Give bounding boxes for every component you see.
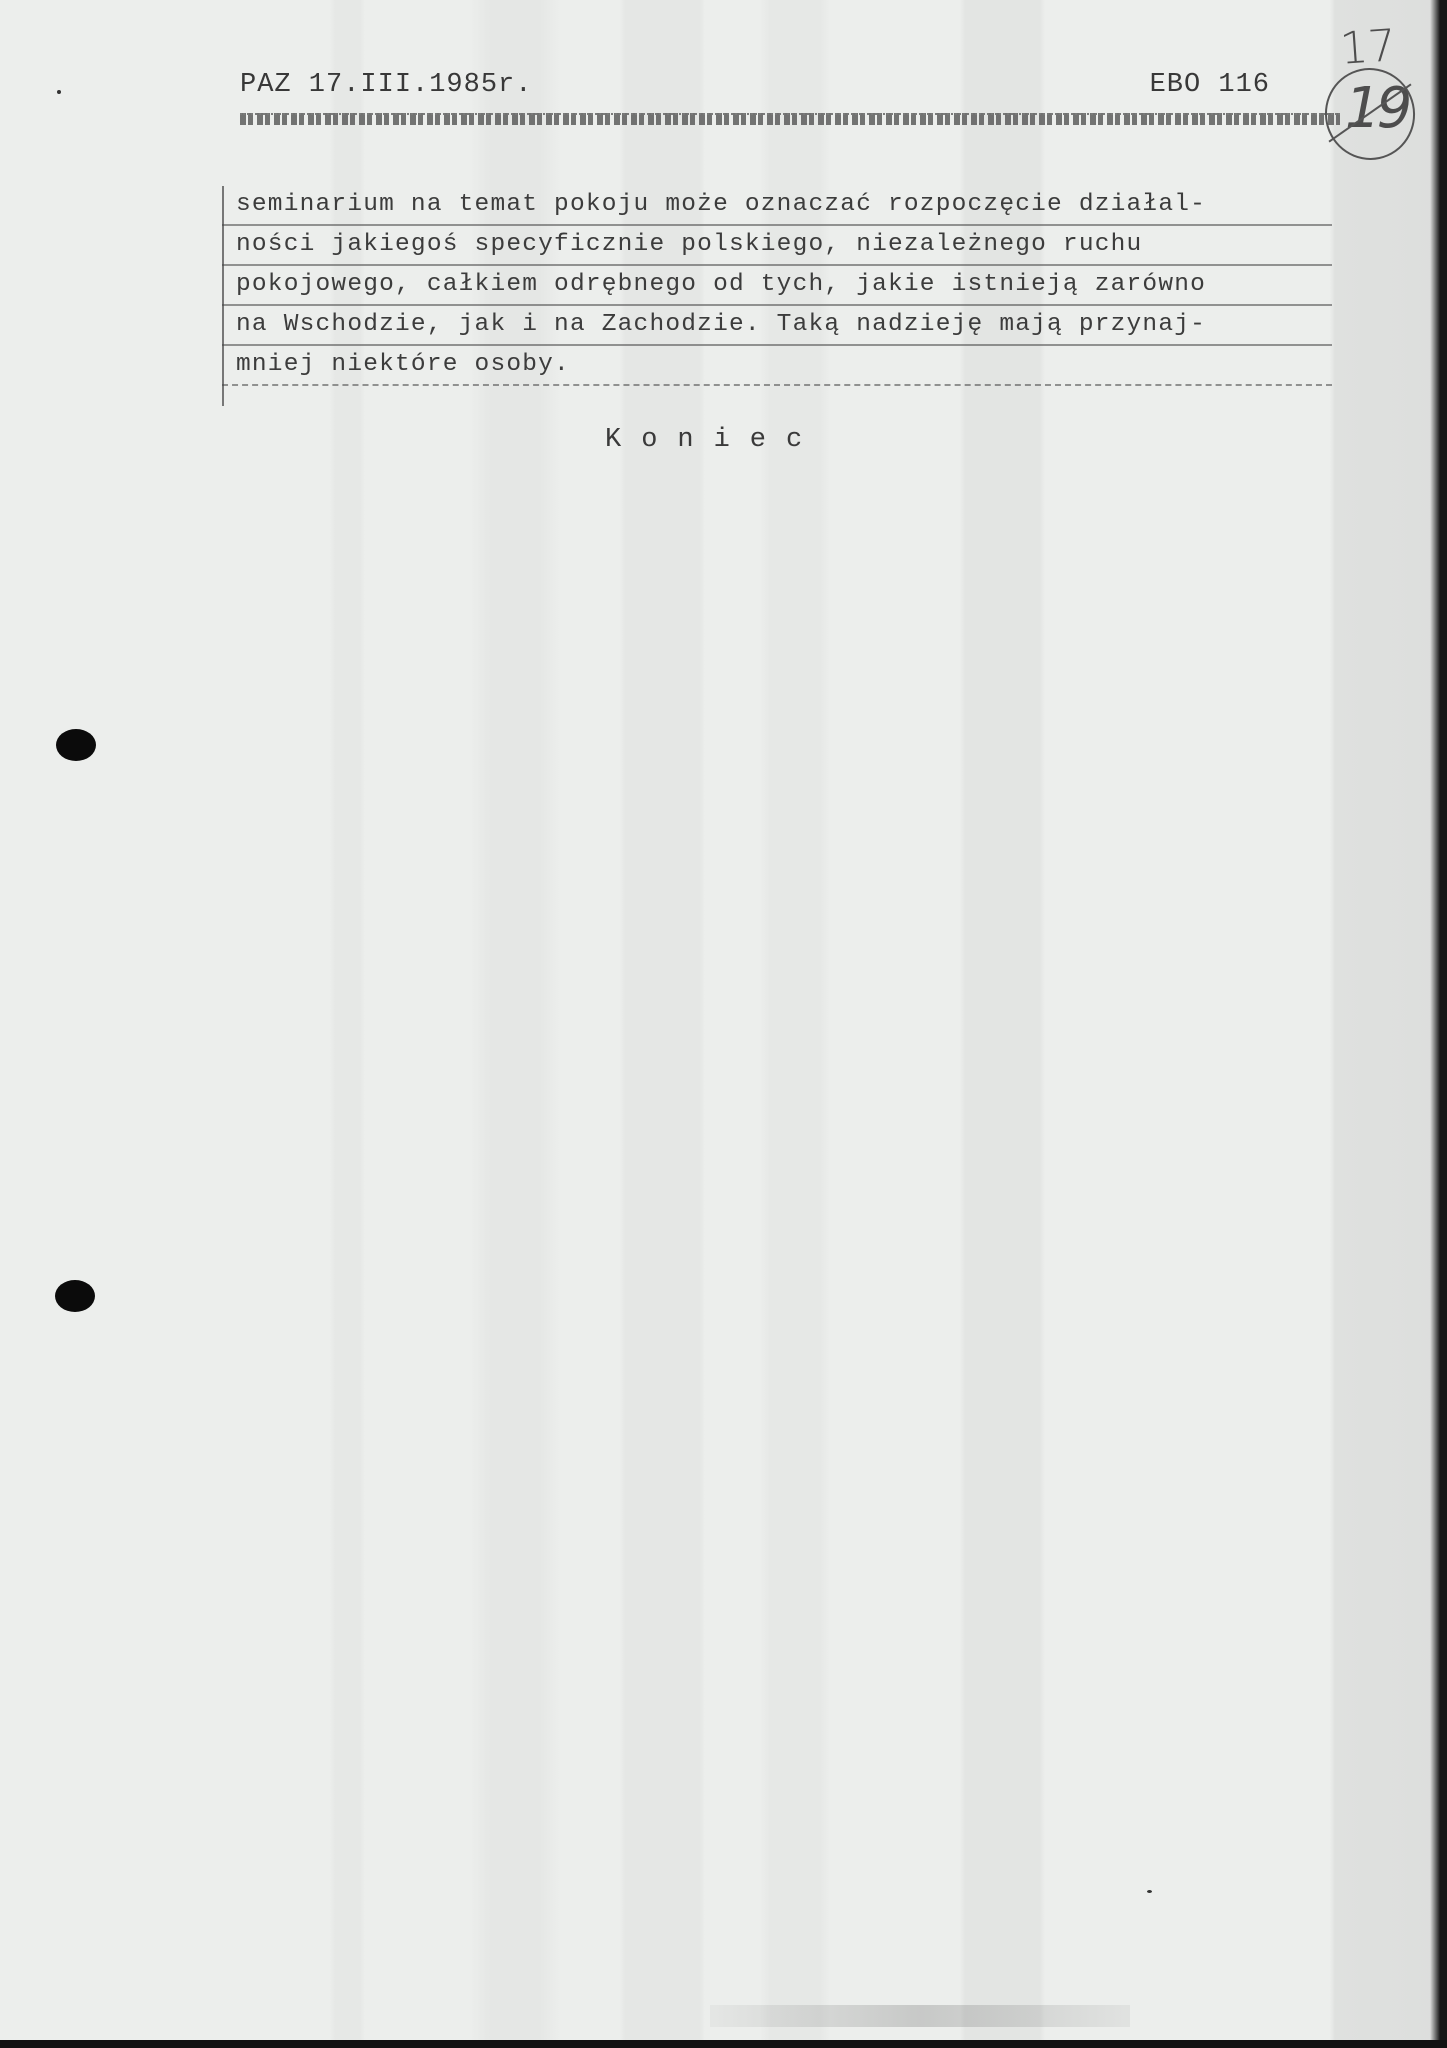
header-divider (240, 113, 1340, 125)
document-header: PAZ 17.III.1985r. EBO 116 (240, 70, 1270, 110)
page-edge (0, 2040, 1447, 2048)
header-reference-code: EBO 116 (1150, 70, 1270, 100)
body-line: na Wschodzie, jak i na Zachodzie. Taką n… (222, 306, 1332, 346)
body-line: mniej niektóre osoby. (222, 346, 1332, 386)
closing-word: Koniec (605, 425, 822, 455)
header-source-date: PAZ 17.III.1985r. (240, 70, 532, 100)
handwritten-page-number: 17 (1338, 20, 1397, 75)
speck (57, 90, 61, 94)
body-line: pokojowego, całkiem odrębnego od tych, j… (222, 266, 1332, 306)
body-line: seminarium na temat pokoju może oznaczać… (222, 186, 1332, 226)
document-body: seminarium na temat pokoju może oznaczać… (222, 186, 1332, 386)
punch-hole (55, 1280, 95, 1312)
scan-smudge (710, 2005, 1130, 2027)
body-line: ności jakiegoś specyficznie polskiego, n… (222, 226, 1332, 266)
punch-hole (56, 729, 96, 761)
speck (1147, 1890, 1152, 1893)
